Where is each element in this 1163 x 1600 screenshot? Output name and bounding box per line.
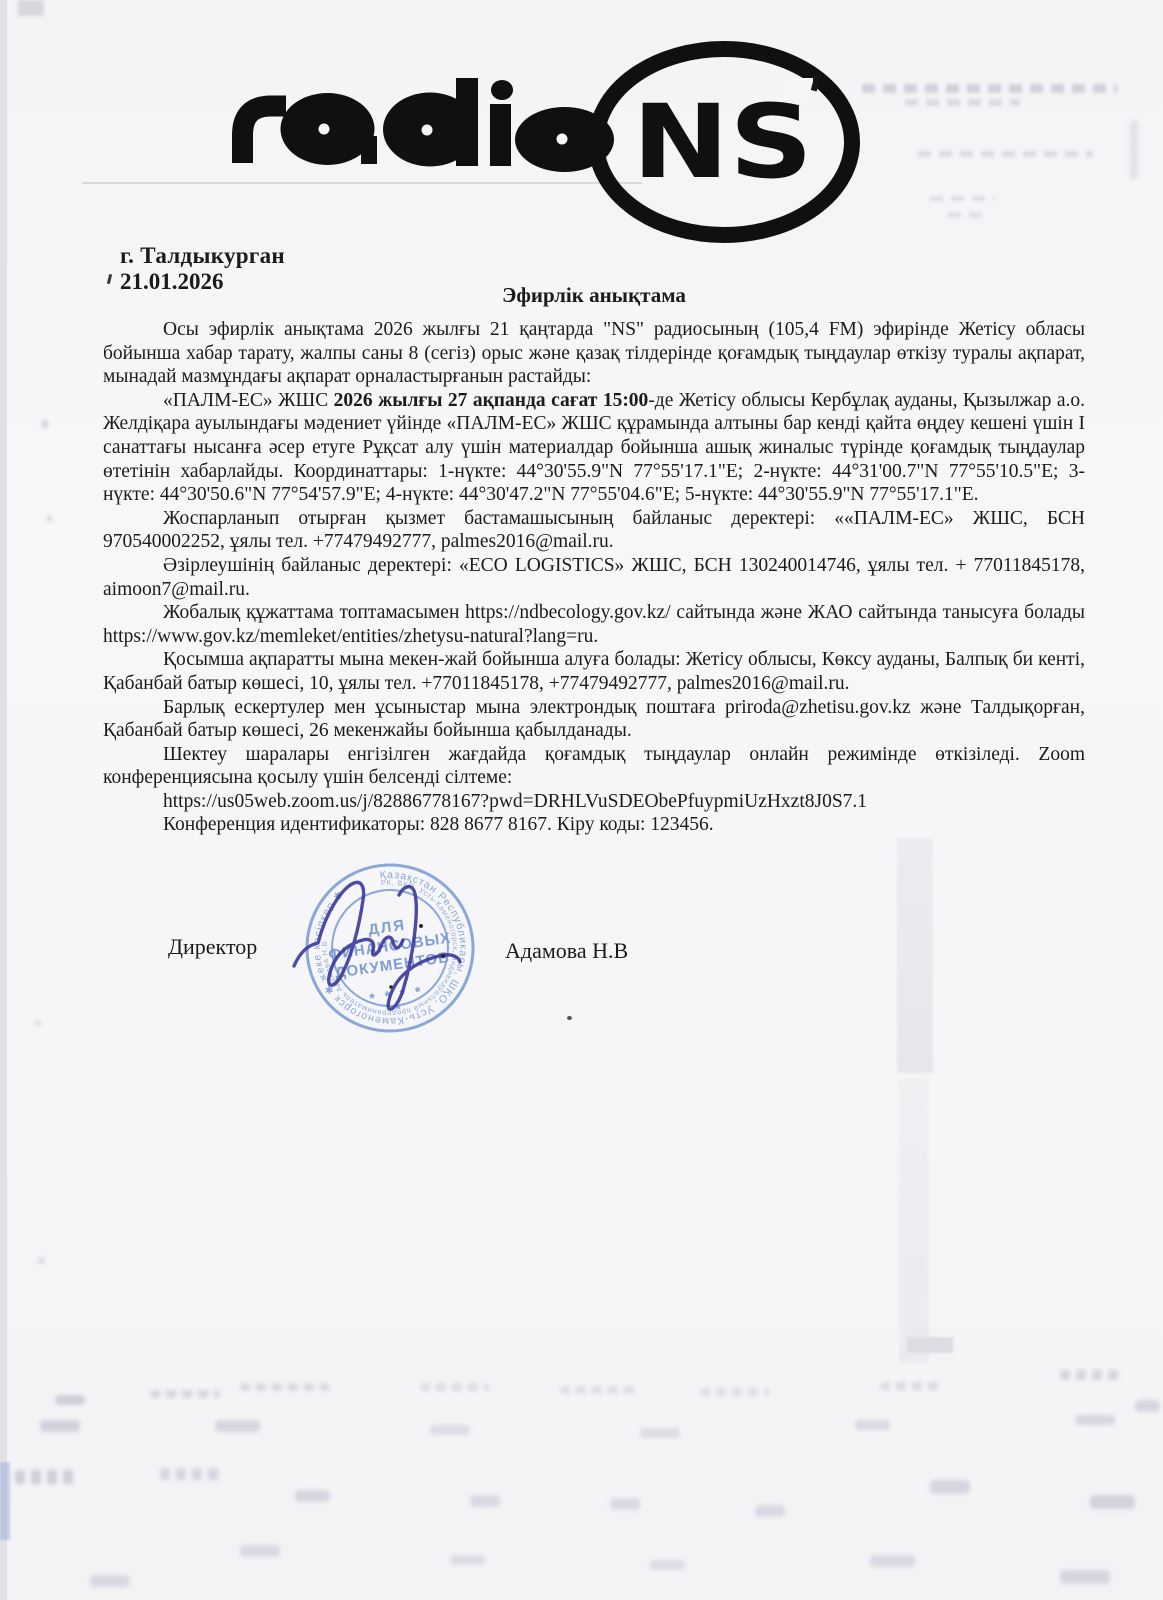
- round-stamp: Қазақстан Республикасы, ШҚО, Усть-Камено…: [296, 854, 483, 1041]
- bleedthrough-blot: [420, 1383, 490, 1391]
- body-segment: «ПАЛМ-ЕС» ЖШС: [163, 390, 334, 411]
- signer-role-label: Директор: [168, 934, 257, 960]
- logo-ns-text: NS: [632, 83, 813, 202]
- body-segment: Әзірлеушінің байланыс деректері: «ECO LO…: [103, 555, 1085, 600]
- bleedthrough-blot: [160, 1468, 220, 1480]
- logo-letter-a-tail: [361, 136, 377, 164]
- bleedthrough-blot: [650, 1560, 685, 1570]
- bleedthrough-blot: [35, 1020, 41, 1026]
- record-hole: [319, 124, 330, 135]
- scan-artifact: [18, 0, 44, 16]
- logo-word-radio: [243, 78, 615, 172]
- bleedthrough-blot: [755, 1505, 785, 1517]
- bleedthrough-blot: [1135, 1400, 1160, 1412]
- bleedthrough-blot: [870, 1555, 915, 1567]
- body-paragraph: Әзірлеушінің байланыс деректері: «ECO LO…: [103, 554, 1085, 601]
- radio-ns-logo: radio NS: [228, 38, 868, 243]
- scan-artifact: [0, 1462, 10, 1540]
- bleedthrough-smudge: [930, 196, 995, 201]
- bleedthrough-blot: [47, 515, 52, 522]
- bleedthrough-blot: [1090, 1495, 1135, 1509]
- bleedthrough-smudge: [862, 84, 1117, 93]
- bleedthrough-blot: [700, 1388, 770, 1396]
- bleedthrough-blot: [295, 1490, 330, 1502]
- body-paragraph: Жоспарланып отырған қызмет бастамашысыны…: [103, 507, 1085, 554]
- bleedthrough-blot: [640, 1428, 680, 1438]
- bleedthrough-blot: [930, 1480, 970, 1494]
- ink-speck: [567, 1016, 572, 1020]
- bleedthrough-blot: [38, 1258, 45, 1264]
- bleedthrough-blot: [1130, 120, 1138, 180]
- bleedthrough-smudge: [918, 151, 1093, 157]
- scan-artifact-band: [899, 1078, 929, 1363]
- body-segment: Барлық ескертулер мен ұсыныстар мына эле…: [103, 697, 1085, 742]
- bleedthrough-smudge: [905, 99, 1020, 106]
- body-segment: Шектеу шаралары енгізілген жағдайда қоға…: [103, 744, 1085, 789]
- body-paragraph: https://us05web.zoom.us/j/82886778167?pw…: [103, 790, 1085, 814]
- bleedthrough-blot: [215, 1420, 260, 1432]
- body-segment: Қосымша ақпаратты мына мекен-жай бойынша…: [103, 649, 1085, 694]
- body-paragraph: Осы эфирлік анықтама 2026 жылғы 21 қаңта…: [103, 318, 1085, 389]
- scan-artifact: [907, 1337, 953, 1353]
- bleedthrough-blot: [240, 1545, 280, 1557]
- record-hole: [557, 134, 568, 145]
- scan-edge-shadow: [0, 0, 7, 1600]
- bleedthrough-blot: [1075, 1415, 1115, 1425]
- bleedthrough-blot: [430, 1425, 470, 1435]
- body-paragraph: Жобалық құжаттама топтамасымен https://n…: [103, 601, 1085, 648]
- bleedthrough-blot: [880, 1382, 940, 1390]
- body-paragraph: Шектеу шаралары енгізілген жағдайда қоға…: [103, 743, 1085, 790]
- bleedthrough-blot: [150, 1390, 220, 1398]
- bleedthrough-blot: [240, 1383, 330, 1391]
- logo-letter-r: [243, 106, 287, 163]
- bleedthrough-blot: [560, 1386, 640, 1394]
- logo-letter-d-ascender: [456, 78, 478, 166]
- body-paragraph: «ПАЛМ-ЕС» ЖШС 2026 жылғы 27 ақпанда саға…: [103, 389, 1085, 507]
- body-paragraph: Қосымша ақпаратты мына мекен-жай бойынша…: [103, 648, 1085, 695]
- bleedthrough-blot: [610, 1498, 640, 1510]
- body-segment: Конференция идентификаторы: 828 8677 816…: [163, 814, 714, 835]
- stamp-and-signature: Қазақстан Республикасы, ШҚО, Усть-Камено…: [278, 848, 510, 1066]
- logo-letter-i-dot: [491, 80, 513, 100]
- bleedthrough-blot: [470, 1495, 500, 1507]
- page-title: Эфирлік анықтама: [103, 283, 1085, 308]
- bleedthrough-smudge: [948, 212, 988, 218]
- bleedthrough-blot: [450, 1555, 485, 1565]
- bleedthrough-blot: [55, 1395, 85, 1405]
- scan-notch: [786, 78, 813, 98]
- bleedthrough-blot: [1060, 1570, 1110, 1584]
- bleedthrough-blot: [15, 1470, 75, 1484]
- logo-letter-i: [490, 104, 511, 166]
- body-segment: Жобалық құжаттама топтамасымен https://n…: [103, 602, 1085, 647]
- signer-name: Адамова Н.В: [505, 938, 628, 964]
- city-line: г. Талдыкурган: [120, 243, 285, 269]
- body-segment: Жоспарланып отырған қызмет бастамашысыны…: [103, 508, 1085, 553]
- body-segment: Осы эфирлік анықтама 2026 жылғы 21 қаңта…: [103, 319, 1085, 387]
- bleedthrough-blot: [1060, 1370, 1120, 1380]
- body-paragraph: Барлық ескертулер мен ұсыныстар мына эле…: [103, 696, 1085, 743]
- body-segment-bold: 2026 жылғы 27 ақпанда сағат 15:00: [334, 390, 649, 411]
- bleedthrough-blot: [90, 1575, 130, 1587]
- body-segment: https://us05web.zoom.us/j/82886778167?pw…: [163, 791, 867, 812]
- bleedthrough-blot: [855, 1420, 890, 1430]
- bleedthrough-blot: [42, 420, 48, 428]
- scan-artifact-band: [897, 838, 933, 1073]
- record-hole: [422, 125, 433, 136]
- body-paragraph: Конференция идентификаторы: 828 8677 816…: [103, 813, 1085, 837]
- bleedthrough-blot: [40, 1420, 80, 1432]
- body-text: Осы эфирлік анықтама 2026 жылғы 21 қаңта…: [103, 318, 1085, 837]
